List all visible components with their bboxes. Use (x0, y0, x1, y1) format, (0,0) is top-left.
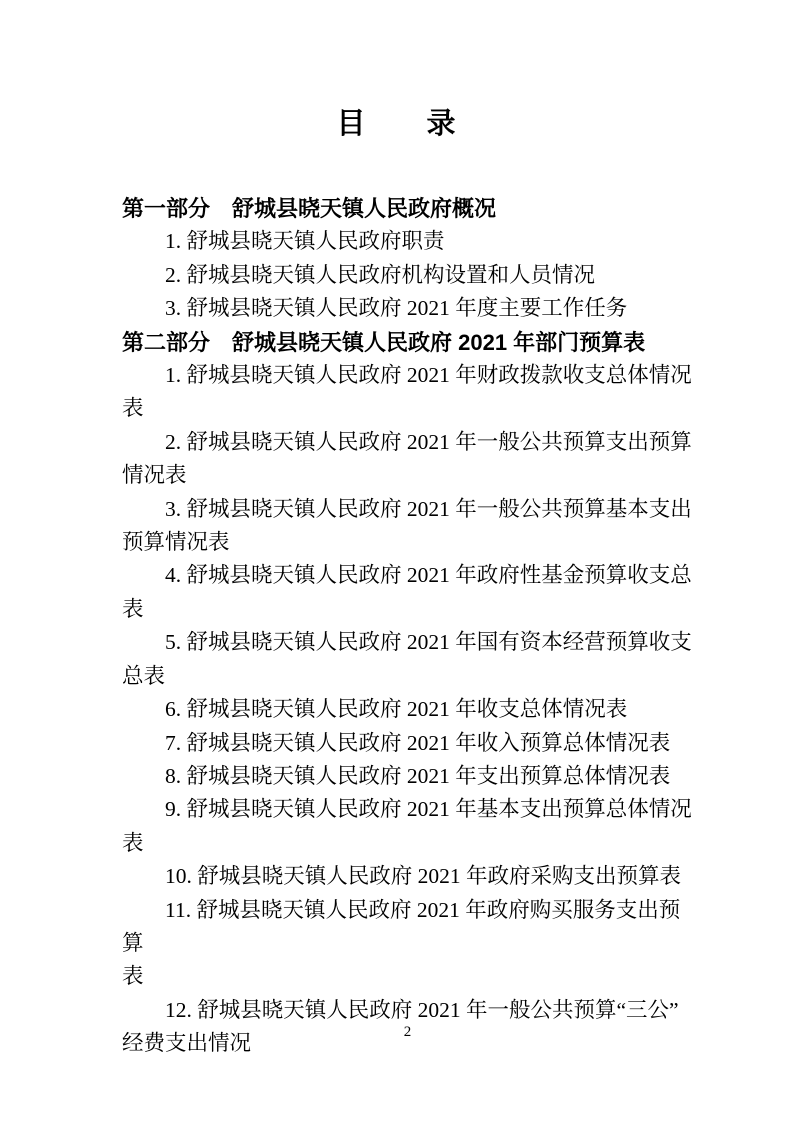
table-of-contents: 第一部分 舒城县晓天镇人民政府概况1. 舒城县晓天镇人民政府职责2. 舒城县晓天… (122, 192, 693, 1061)
document-page: 目 录 第一部分 舒城县晓天镇人民政府概况1. 舒城县晓天镇人民政府职责2. 舒… (0, 0, 793, 1122)
page-title: 目 录 (0, 0, 793, 144)
page-number: 2 (122, 1022, 693, 1042)
toc-entry: 4. 舒城县晓天镇人民政府 2021 年政府性基金预算收支总 表 (122, 559, 693, 626)
toc-entry: 2. 舒城县晓天镇人民政府机构设置和人员情况 (122, 259, 693, 292)
toc-entry: 1. 舒城县晓天镇人民政府职责 (122, 225, 693, 258)
toc-entry: 2. 舒城县晓天镇人民政府 2021 年一般公共预算支出预算 情况表 (122, 426, 693, 493)
toc-entry: 3. 舒城县晓天镇人民政府 2021 年度主要工作任务 (122, 292, 693, 325)
toc-entry: 8. 舒城县晓天镇人民政府 2021 年支出预算总体情况表 (122, 760, 693, 793)
toc-entry: 10. 舒城县晓天镇人民政府 2021 年政府采购支出预算表 (122, 860, 693, 893)
toc-entry: 1. 舒城县晓天镇人民政府 2021 年财政拨款收支总体情况 表 (122, 359, 693, 426)
toc-entry: 7. 舒城县晓天镇人民政府 2021 年收入预算总体情况表 (122, 727, 693, 760)
toc-entry: 11. 舒城县晓天镇人民政府 2021 年政府购买服务支出预算 表 (122, 894, 693, 994)
toc-entry: 5. 舒城县晓天镇人民政府 2021 年国有资本经营预算收支 总表 (122, 626, 693, 693)
toc-entry: 6. 舒城县晓天镇人民政府 2021 年收支总体情况表 (122, 693, 693, 726)
toc-entry: 9. 舒城县晓天镇人民政府 2021 年基本支出预算总体情况 表 (122, 793, 693, 860)
toc-entry: 3. 舒城县晓天镇人民政府 2021 年一般公共预算基本支出 预算情况表 (122, 493, 693, 560)
section-heading: 第二部分 舒城县晓天镇人民政府 2021 年部门预算表 (122, 326, 693, 359)
section-heading: 第一部分 舒城县晓天镇人民政府概况 (122, 192, 693, 225)
